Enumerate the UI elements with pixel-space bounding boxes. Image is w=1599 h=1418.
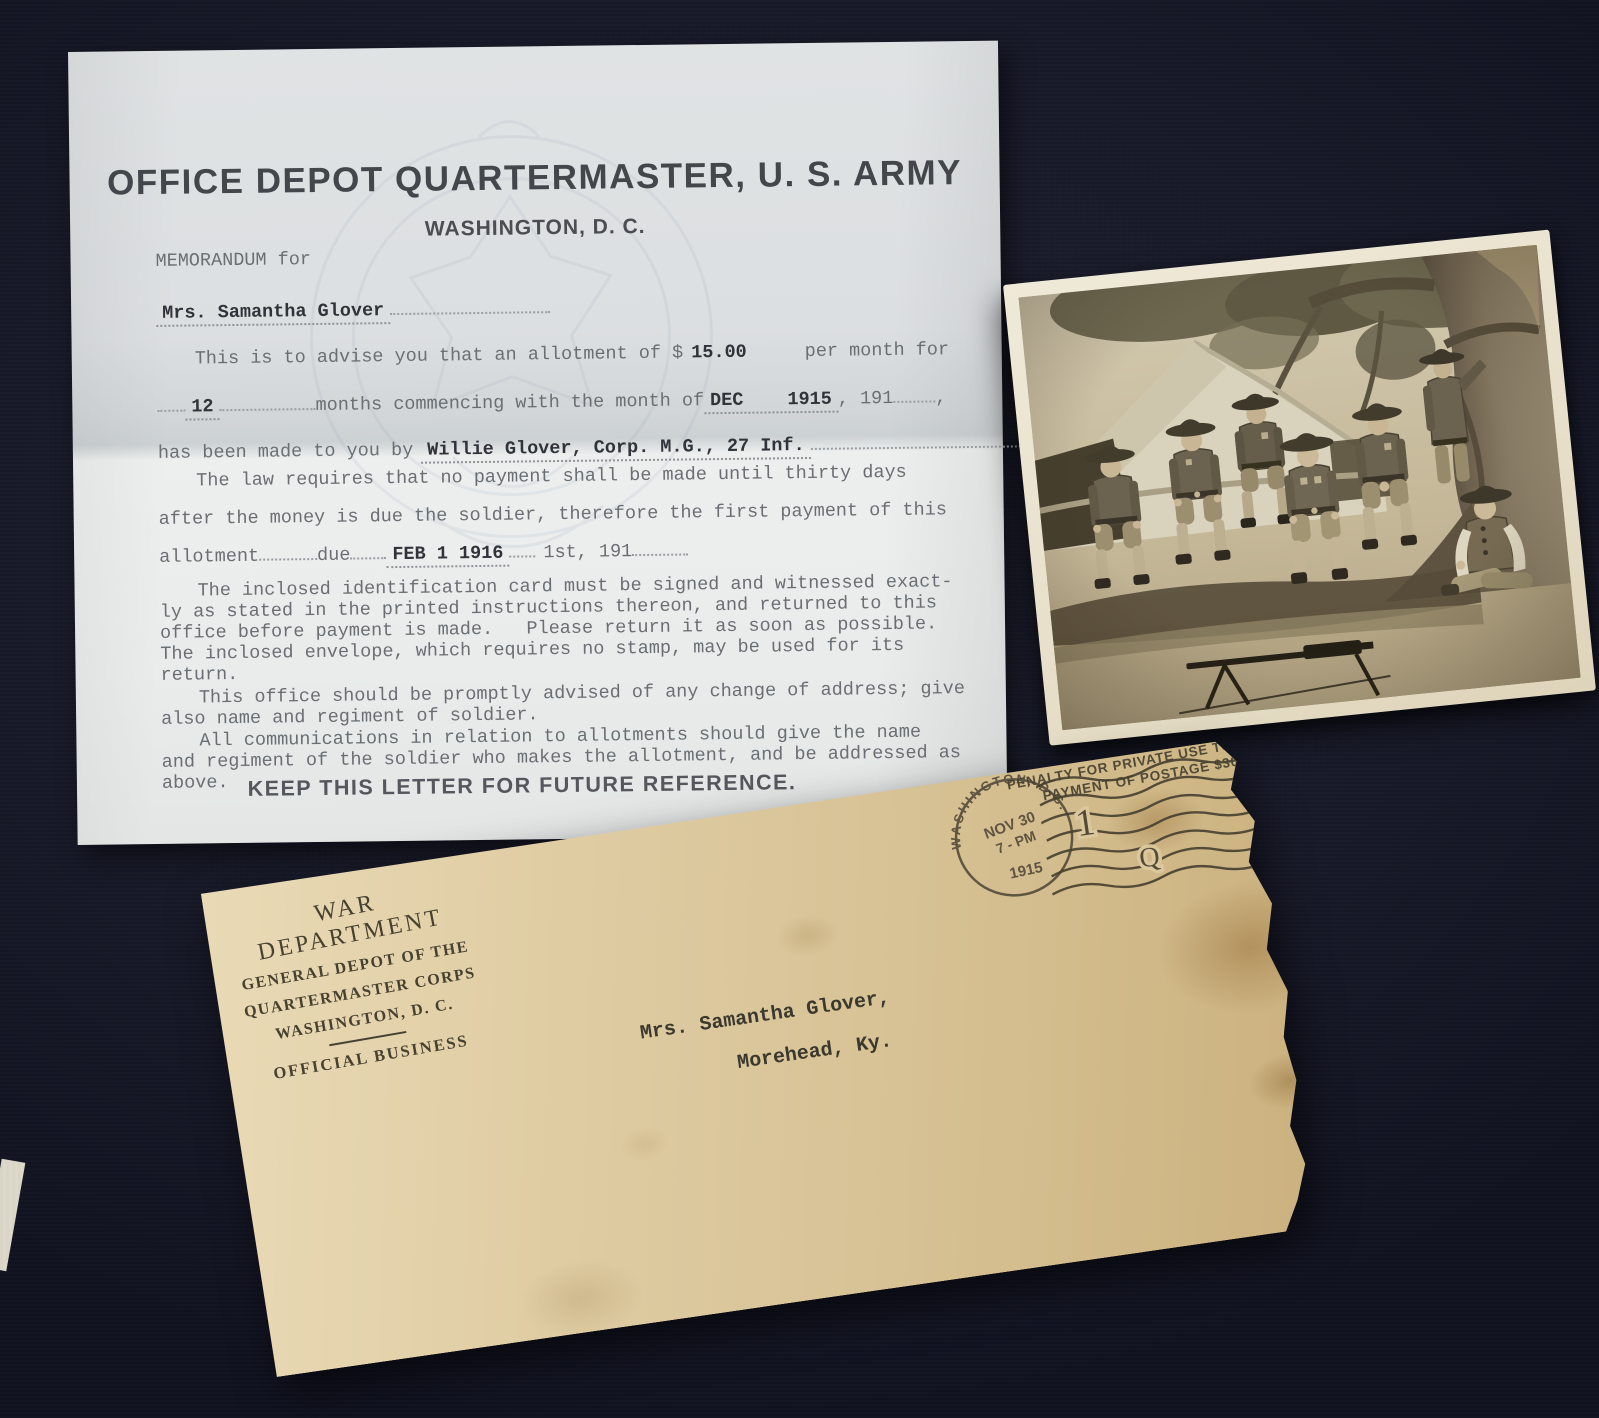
cancel-letter: Q xyxy=(1137,841,1161,875)
allotment-amount: 15.00 xyxy=(691,342,747,364)
dotted-leader xyxy=(157,395,185,412)
return-address-corner-card: WAR DEPARTMENT GENERAL DEPOT OF THE QUAR… xyxy=(220,874,496,1088)
postmark-year: 1915 xyxy=(1008,859,1044,883)
madeby-printed: has been made to you by xyxy=(158,440,414,464)
due-printed-end: 1st, 191 xyxy=(543,541,632,563)
year-typed: 1915 xyxy=(787,389,832,411)
due-date-typed: FEB 1 1916 xyxy=(386,543,509,569)
memo-letter: OFFICE DEPOT QUARTERMASTER, U. S. ARMY W… xyxy=(68,41,1008,845)
allotment-word: allotment xyxy=(159,546,259,568)
dotted-leader xyxy=(390,296,550,315)
card-paragraph-line: return. xyxy=(160,664,238,686)
advise-line-printed-end: per month for xyxy=(805,339,950,362)
dotted-leader xyxy=(509,540,535,557)
soldiers-photo-image xyxy=(1018,245,1580,730)
months-line-comma: , xyxy=(935,387,946,408)
photographed-document-scene: OFFICE DEPOT QUARTERMASTER, U. S. ARMY W… xyxy=(0,0,1599,1418)
dotted-leader xyxy=(350,542,386,559)
dotted-leader xyxy=(259,543,317,561)
dotted-leader xyxy=(811,430,1021,450)
due-word: due xyxy=(317,545,351,566)
soldiers-photo xyxy=(1003,230,1596,746)
dotted-leader xyxy=(893,385,935,403)
mailing-address: Mrs. Samantha Glover, Morehead, Ky. xyxy=(639,987,898,1088)
letterhead-title: OFFICE DEPOT QUARTERMASTER, U. S. ARMY xyxy=(69,153,999,204)
address-line-2: Morehead, Ky. xyxy=(736,1029,898,1075)
dotted-leader xyxy=(632,538,688,556)
months-quantity: 12 xyxy=(185,396,220,420)
envelope-wrapper: WAR DEPARTMENT GENERAL DEPOT OF THE QUAR… xyxy=(200,888,1262,1383)
recipient-name: Mrs. Samantha Glover xyxy=(156,300,390,327)
cancel-number: 1 xyxy=(1073,801,1098,845)
month-typed: DEC xyxy=(710,390,744,411)
soldier-name-typed: Willie Glover, Corp. M.G., 27 Inf. xyxy=(421,435,811,464)
paper-edge-sliver xyxy=(0,1159,25,1271)
memo-label: MEMORANDUM for xyxy=(155,249,311,272)
dotted-leader xyxy=(219,393,315,411)
months-line-printed-year: , 191 xyxy=(838,388,894,410)
